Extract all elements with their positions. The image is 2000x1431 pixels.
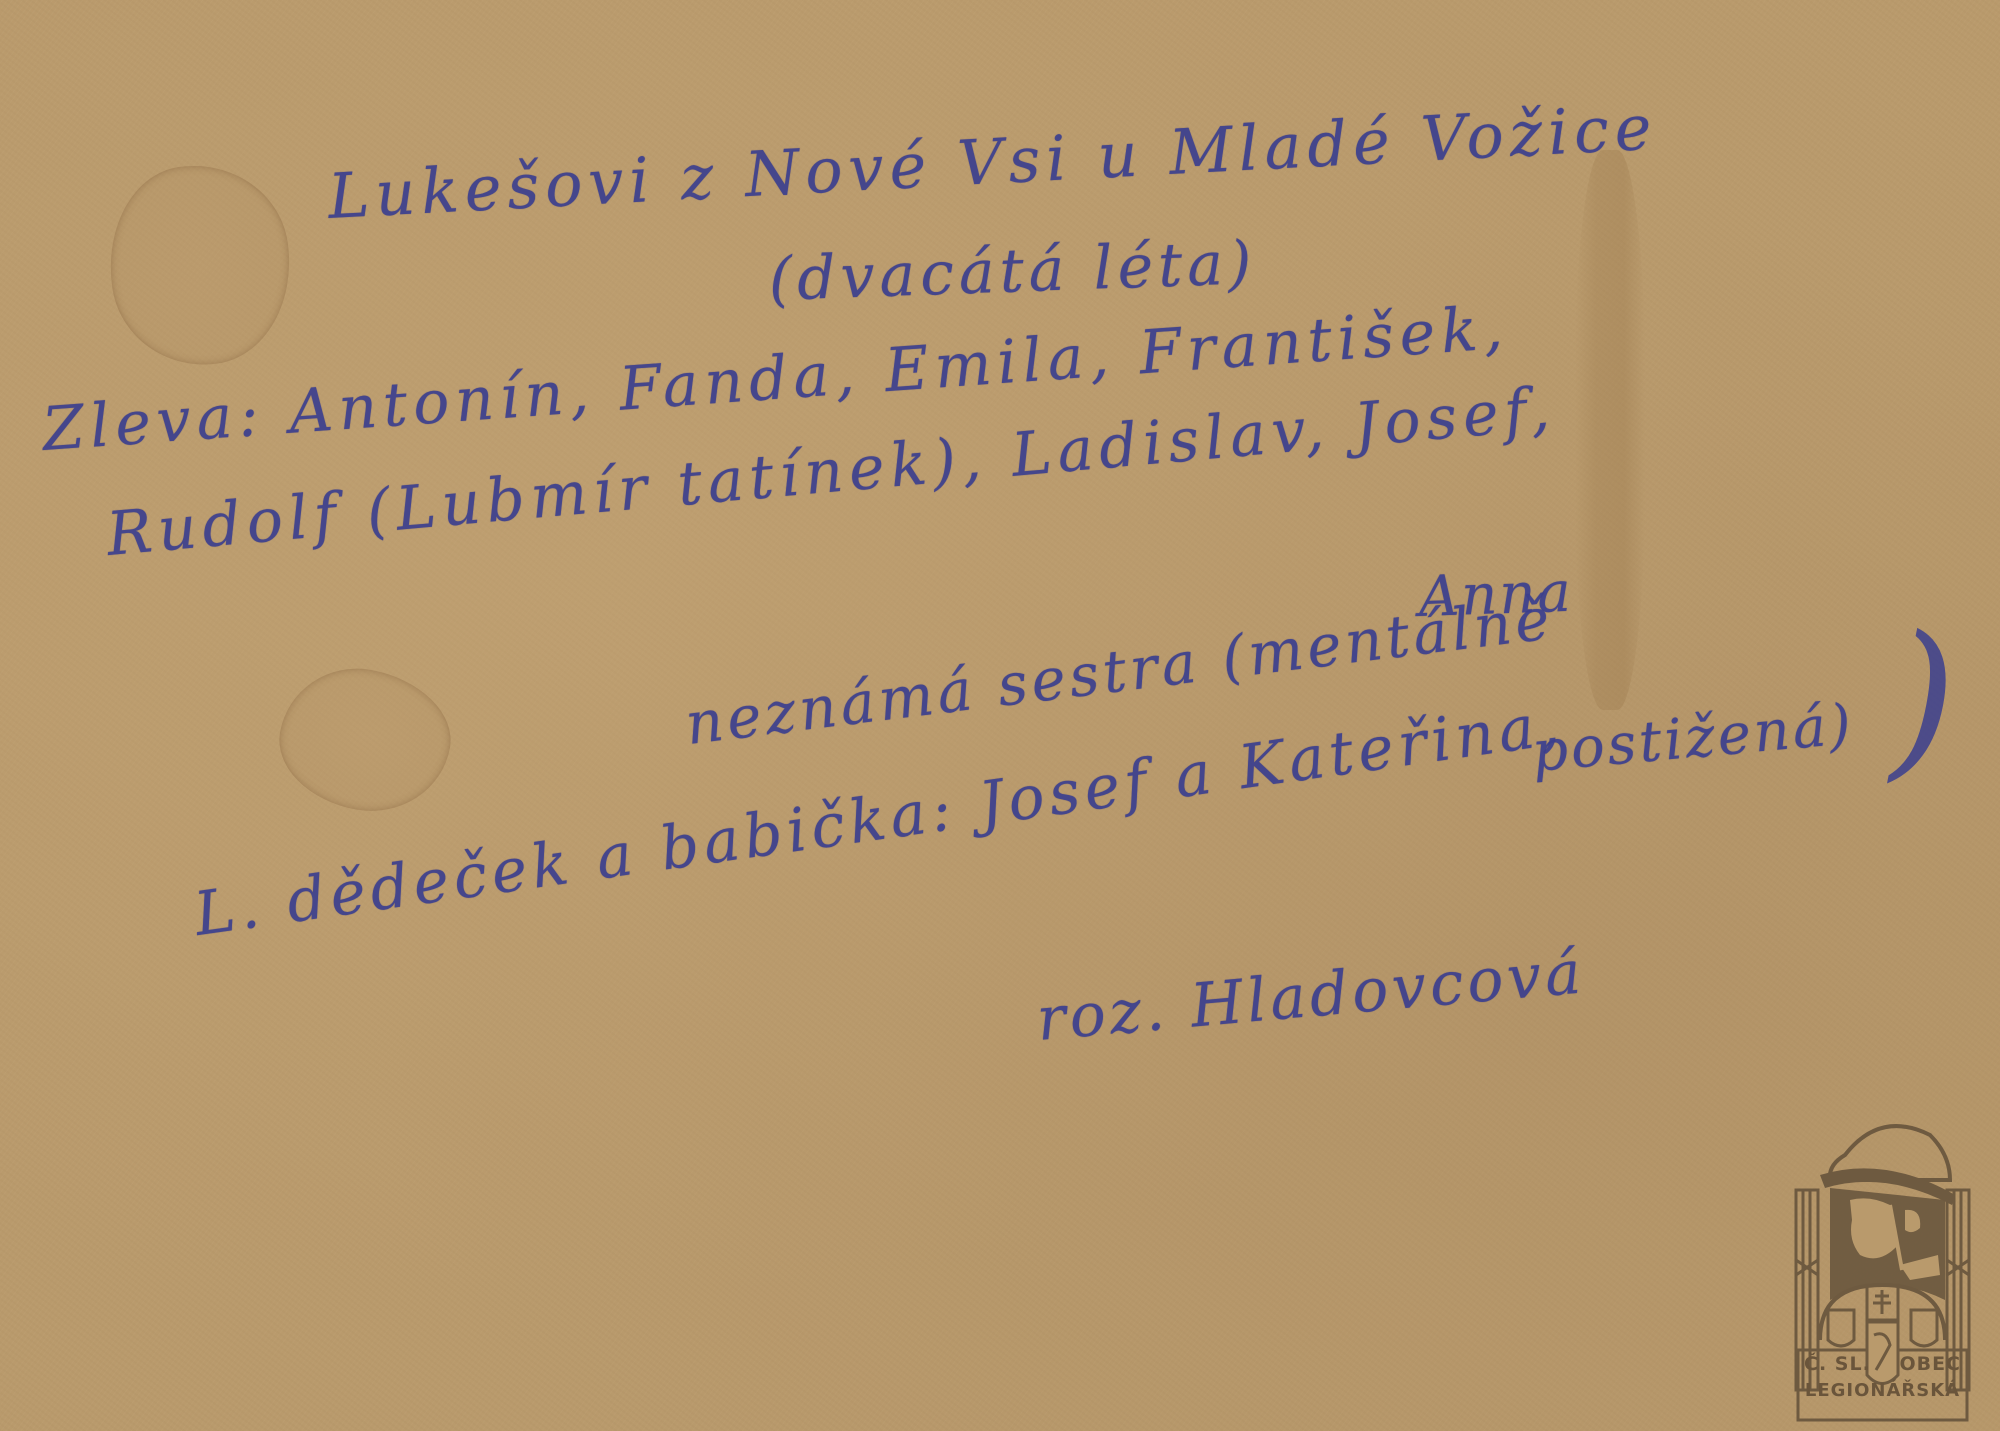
closing-parenthesis: ) bbox=[1890, 600, 1956, 798]
water-stain-middle-left bbox=[269, 656, 461, 823]
photo-back-card: Lukešovi z Nové Vsi u Mladé Vožice (dvac… bbox=[0, 0, 2000, 1431]
legionnaire-stamp: Č. SL. OBEC LEGIONÁŘSKÁ bbox=[1790, 1100, 1975, 1425]
handwriting-maiden-name: roz. Hladovcová bbox=[1034, 937, 1588, 1055]
handwriting-disabled-note: postižená) bbox=[1529, 692, 1856, 785]
soldier-helmet-icon bbox=[1790, 1100, 1975, 1425]
water-stain-streak-right bbox=[1575, 150, 1645, 710]
handwriting-date-line: (dvacátá léta) bbox=[768, 228, 1258, 315]
water-stain-top-left bbox=[97, 153, 303, 376]
stamp-text-line-2: LEGIONÁŘSKÁ bbox=[1800, 1380, 1965, 1401]
handwriting-title-line: Lukešovi z Nové Vsi u Mladé Vožice bbox=[326, 90, 1659, 233]
